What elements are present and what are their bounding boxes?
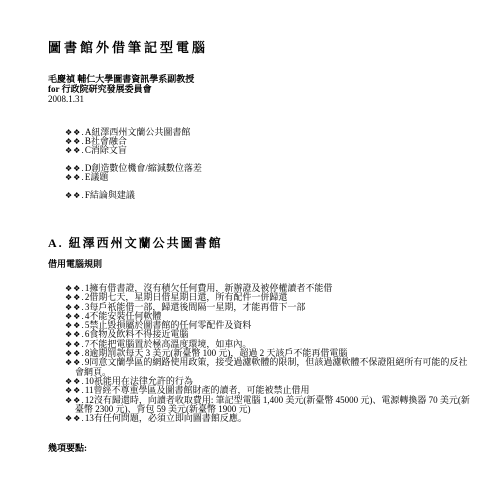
diamond-bullet-icon: ❖❖. xyxy=(65,191,85,200)
author-name: 毛慶禎 輔仁大學圖書資訊學系副教授 xyxy=(48,74,473,84)
diamond-bullet-icon: ❖❖. xyxy=(65,284,85,293)
toc-list: ❖❖.A紐澤西州文蘭公共圖書館 ❖❖.B社會融合 ❖❖.C消除文盲 ❖❖.D創造… xyxy=(65,128,473,200)
rule-text: 9同意文蘭學區的網路使用政策，接受過濾軟體的限制，但該過濾軟體不保證阻絕所有可能… xyxy=(75,357,467,376)
toc-item-label: E議題 xyxy=(85,172,109,182)
toc-item: ❖❖.E議題 xyxy=(65,173,473,182)
document-page: 圖書館外借筆記型電腦 毛慶禎 輔仁大學圖書資訊學系副教授 for 行政院研究發展… xyxy=(0,0,495,495)
section-a-heading: A. 紐澤西州文蘭公共圖書館 xyxy=(48,236,473,250)
diamond-bullet-icon: ❖❖. xyxy=(65,146,85,155)
diamond-bullet-icon: ❖❖. xyxy=(65,349,85,358)
section-a-subheading: 借用電腦規則 xyxy=(48,259,473,269)
diamond-bullet-icon: ❖❖. xyxy=(65,321,85,330)
diamond-bullet-icon: ❖❖. xyxy=(65,340,85,349)
diamond-bullet-icon: ❖❖. xyxy=(65,137,85,146)
page-title: 圖書館外借筆記型電腦 xyxy=(48,40,473,55)
key-points-label: 幾項要點: xyxy=(48,443,473,453)
diamond-bullet-icon: ❖❖. xyxy=(65,377,85,386)
diamond-bullet-icon: ❖❖. xyxy=(65,330,85,339)
toc-group: ❖❖.F結論與建議 xyxy=(65,191,473,200)
diamond-bullet-icon: ❖❖. xyxy=(65,293,85,302)
rule-item: ❖❖.12沒有歸還時，向讀者收取費用: 筆記型電腦 1,400 美元(新臺幣 4… xyxy=(65,396,475,415)
rule-text: 13有任何問題，必須立即向圖書館反應。 xyxy=(85,413,247,423)
diamond-bullet-icon: ❖❖. xyxy=(65,173,85,182)
toc-item: ❖❖.D創造數位機會/縮減數位落差 xyxy=(65,164,473,173)
diamond-bullet-icon: ❖❖. xyxy=(65,386,85,395)
author-block: 毛慶禎 輔仁大學圖書資訊學系副教授 for 行政院研究發展委員會 2008.1.… xyxy=(48,74,473,104)
publication-date: 2008.1.31 xyxy=(48,94,473,104)
toc-group: ❖❖.A紐澤西州文蘭公共圖書館 ❖❖.B社會融合 ❖❖.C消除文盲 xyxy=(65,128,473,155)
toc-group: ❖❖.D創造數位機會/縮減數位落差 ❖❖.E議題 xyxy=(65,164,473,182)
rules-list: ❖❖.1擁有借書證，沒有積欠任何費用，新辦證及被停權讀者不能借 ❖❖.2借期七天… xyxy=(65,284,475,423)
diamond-bullet-icon: ❖❖. xyxy=(65,414,85,423)
toc-item-label: F結論與建議 xyxy=(85,190,135,200)
toc-item-label: C消除文盲 xyxy=(85,145,127,155)
diamond-bullet-icon: ❖❖. xyxy=(65,312,85,321)
rule-item: ❖❖.9同意文蘭學區的網路使用政策，接受過濾軟體的限制，但該過濾軟體不保證阻絕所… xyxy=(65,358,475,377)
diamond-bullet-icon: ❖❖. xyxy=(65,303,85,312)
author-affiliation: for 行政院研究發展委員會 xyxy=(48,84,473,94)
rule-item: ❖❖.13有任何問題，必須立即向圖書館反應。 xyxy=(65,414,475,423)
rule-text: 12沒有歸還時，向讀者收取費用: 筆記型電腦 1,400 美元(新臺幣 4500… xyxy=(75,395,470,414)
diamond-bullet-icon: ❖❖. xyxy=(65,164,85,173)
diamond-bullet-icon: ❖❖. xyxy=(65,128,85,137)
toc-item: ❖❖.C消除文盲 xyxy=(65,146,473,155)
toc-item: ❖❖.F結論與建議 xyxy=(65,191,473,200)
